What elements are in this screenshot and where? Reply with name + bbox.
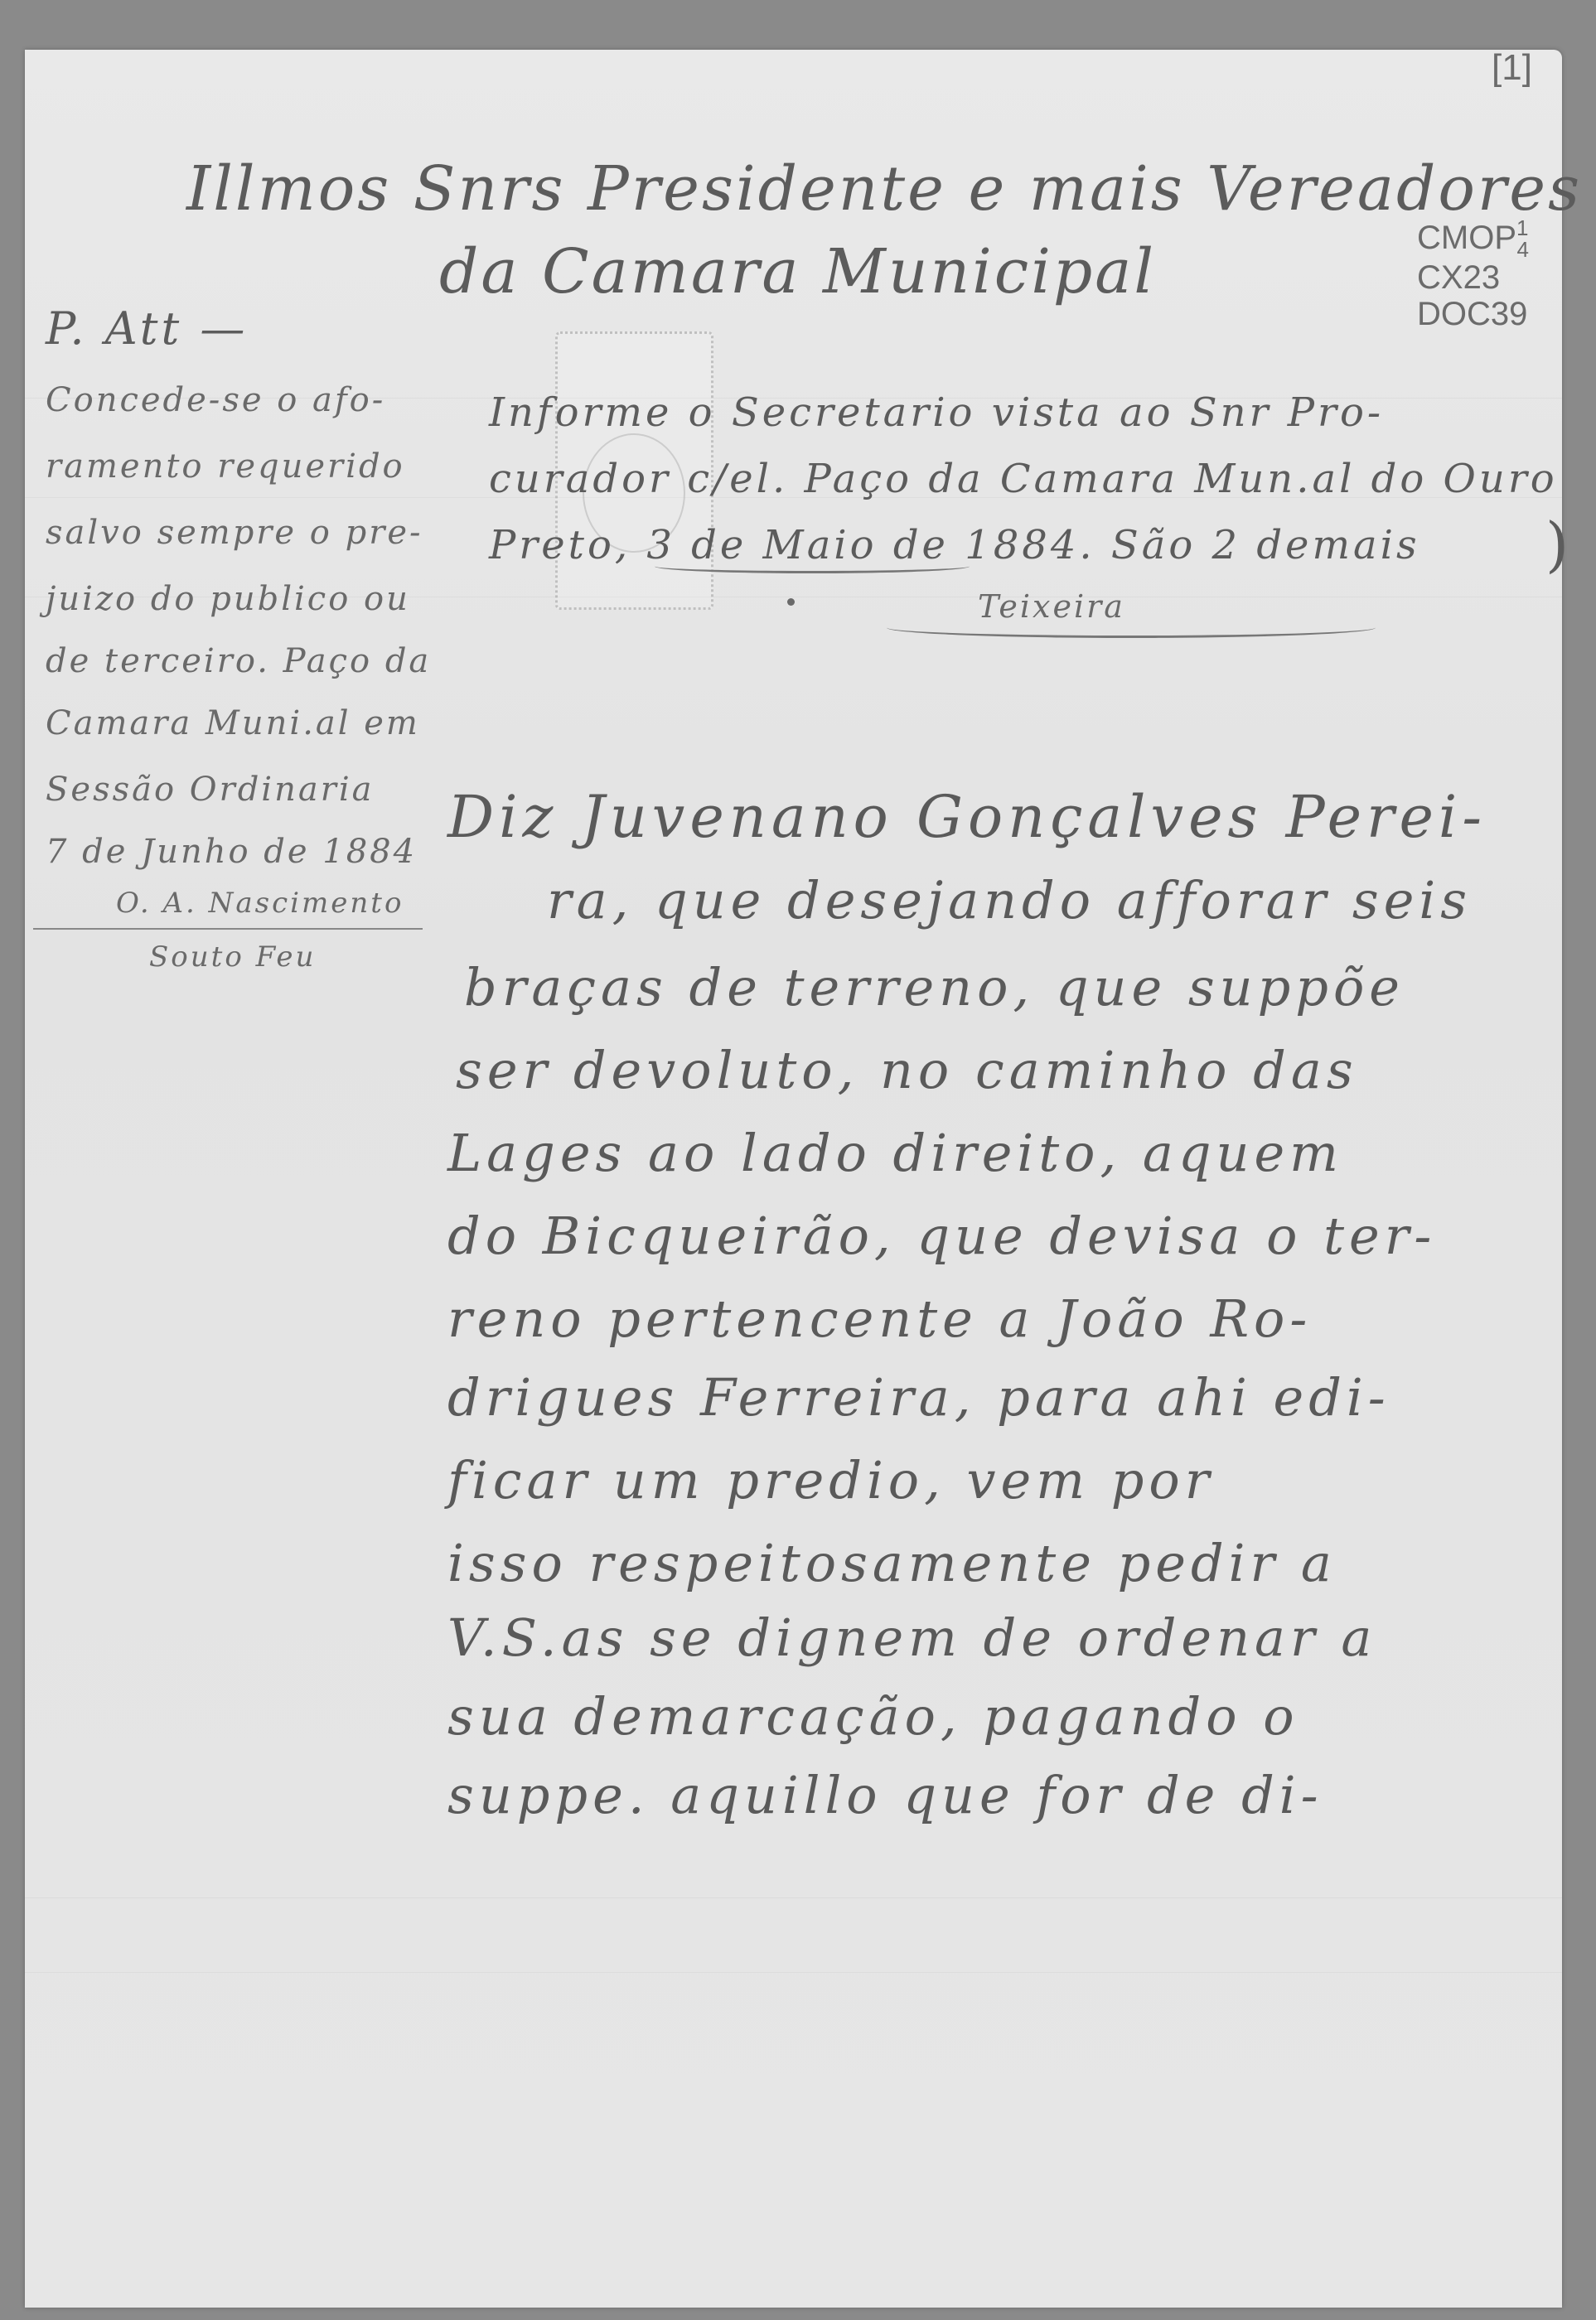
margin-note-line: salvo sempre o pre- (46, 514, 423, 552)
margin-note-line: Camara Muni.al em (46, 704, 420, 742)
petition-line: isso respeitosamente pedir a (447, 1533, 1337, 1593)
petition-line: V.S.as se dignem de ordenar a (447, 1607, 1376, 1668)
petition-line: Lages ao lado direito, aquem (447, 1123, 1343, 1183)
ink-dot (787, 598, 795, 606)
margin-note-line: juizo do publico ou (46, 580, 410, 618)
paper-rule (25, 1972, 1562, 1973)
petition-line: drigues Ferreira, para ahi edi- (447, 1367, 1390, 1428)
margin-note-line: Concede-se o afo- (46, 381, 385, 419)
salutation-line2: da Camara Municipal (439, 236, 1156, 307)
petition-line: sua demarcação, pagando o (447, 1686, 1299, 1747)
archive-code: CMOP14 CX23 DOC39 (1417, 220, 1540, 332)
despacho-line: curador c/el. Paço da Camara Mun.al do O… (489, 456, 1558, 502)
signature-flourish (887, 617, 1376, 638)
petition-line: ficar um predio, vem por (447, 1450, 1214, 1510)
margin-note-line: Sessão Ordinaria (46, 771, 374, 809)
margin-note-line: ramento requerido (46, 447, 405, 486)
margin-divider (33, 928, 423, 930)
petition-line: braças de terreno, que suppõe (464, 957, 1405, 1017)
archive-code-line1: CMOP14 (1417, 220, 1540, 259)
margin-note-heading: P. Att — (46, 302, 248, 355)
archive-code-line2: CX23 (1417, 259, 1540, 296)
margin-note-line: de terceiro. Paço da (46, 642, 431, 680)
date-underline (655, 559, 970, 573)
petition-line: reno pertencente a João Ro- (447, 1288, 1312, 1349)
petition-line: Diz Juvenano Gonçalves Perei- (447, 783, 1487, 851)
closing-parenthesis: ) (1545, 510, 1569, 579)
margin-note-line: 7 de Junho de 1884 (46, 833, 417, 871)
margin-signature: Souto Feu (149, 940, 316, 974)
paper-rule (25, 1897, 1562, 1898)
page-marker: [1] (1492, 50, 1532, 86)
petition-line: suppe. aquillo que for de di- (447, 1765, 1323, 1825)
despacho-line: Informe o Secretario vista ao Snr Pro- (489, 389, 1384, 436)
petition-line: do Bicqueirão, que devisa o ter- (447, 1206, 1436, 1266)
document-page: [1] CMOP14 CX23 DOC39 Illmos Snrs Presid… (25, 50, 1562, 2308)
salutation-line1: Illmos Snrs Presidente e mais Vereadores (186, 153, 1582, 225)
petition-line: ra, que desejando afforar seis (547, 870, 1472, 930)
petition-line: ser devoluto, no caminho das (456, 1040, 1358, 1100)
archive-code-line3: DOC39 (1417, 296, 1540, 332)
margin-signature: O. A. Nascimento (116, 887, 404, 920)
